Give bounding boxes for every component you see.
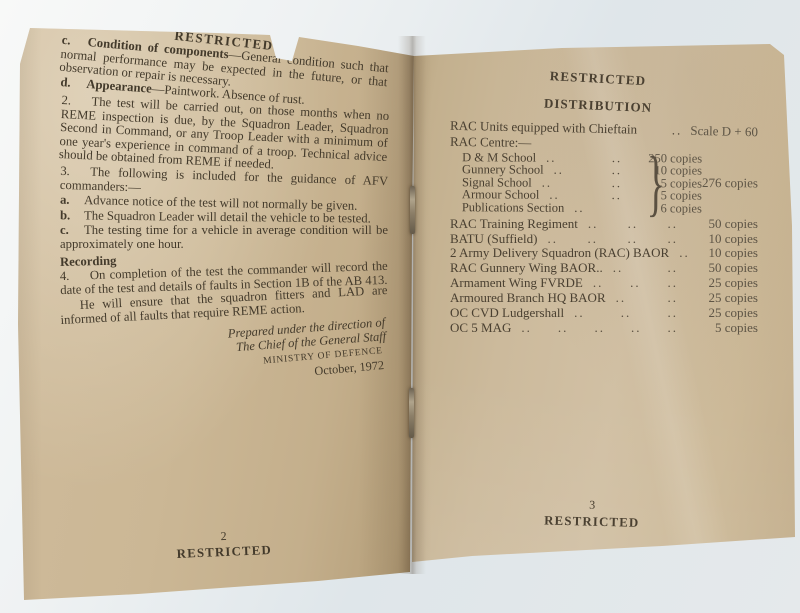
- page-right: RESTRICTED DISTRIBUTION RAC Units equipp…: [412, 26, 798, 574]
- distribution-row: BATU (Suffield).. .. .. ..10 copies: [450, 232, 758, 247]
- page-left-footer: 2 RESTRICTED: [60, 523, 389, 566]
- row-label: Gunnery School: [462, 163, 544, 176]
- row-value: 25 copies: [686, 276, 758, 291]
- page-left: RESTRICTED c.Condition of components—Gen…: [18, 24, 414, 604]
- item-c: c.The testing time for a vehicle in aver…: [60, 224, 388, 251]
- item-label: c.: [60, 224, 84, 238]
- row-value: 5 copies: [686, 321, 758, 336]
- row-label: BATU (Suffield): [450, 232, 538, 247]
- row-value: 50 copies: [686, 261, 758, 276]
- row-label: Armour School: [462, 188, 540, 201]
- dot-leader: .. .. ..: [578, 217, 686, 232]
- row-label: OC 5 MAG: [450, 321, 511, 336]
- distribution-row: 2 Army Delivery Squadron (RAC) BAOR..10 …: [450, 246, 758, 261]
- row-label: RAC Training Regiment: [450, 217, 578, 232]
- row-value: 10 copies: [687, 246, 758, 261]
- dot-leader: .. .. .. ..: [538, 232, 686, 247]
- row-value: 5 copies: [630, 189, 702, 202]
- page-right-footer: 3 RESTRICTED: [438, 494, 747, 533]
- dot-leader: .. .. ..: [583, 276, 686, 291]
- dot-leader: ..: [637, 123, 691, 139]
- row-value: 5 copies: [630, 177, 702, 190]
- distribution-row: Armoured Branch HQ BAOR.. ..25 copies: [450, 291, 758, 306]
- dot-leader: .. ..: [536, 151, 630, 164]
- dot-leader: ..: [669, 246, 687, 261]
- distribution-row: RAC Gunnery Wing BAOR.... ..50 copies: [450, 261, 758, 276]
- staple-top: [410, 186, 415, 234]
- row-value: 10 copies: [686, 232, 758, 247]
- term: Appearance: [86, 77, 152, 96]
- dot-leader: .. ..: [539, 189, 630, 202]
- dot-leader: ..: [564, 201, 630, 214]
- row-value: 10 copies: [630, 164, 702, 177]
- staple-bottom: [409, 388, 414, 438]
- row-value: 25 copies: [686, 306, 758, 321]
- photo-background: RESTRICTED c.Condition of components—Gen…: [0, 0, 800, 613]
- distribution-list: RAC Training Regiment.. .. ..50 copies B…: [450, 217, 758, 336]
- group-total: 276 copies: [702, 176, 758, 191]
- item-label: a.: [60, 194, 84, 208]
- row-label: Armament Wing FVRDE: [450, 276, 583, 291]
- rac-centre-group: D & M School.. ..250 copies Gunnery Scho…: [450, 151, 758, 215]
- dot-leader: .. ..: [532, 176, 630, 189]
- row-label: RAC Gunnery Wing BAOR..: [450, 261, 603, 276]
- row-label: Publications Section: [462, 201, 565, 214]
- group-brace-icon: }: [647, 152, 665, 214]
- row-label: OC CVD Ludgershall: [450, 306, 564, 321]
- dot-leader: .. ..: [606, 291, 686, 306]
- distribution-row: RAC Training Regiment.. .. ..50 copies: [450, 217, 758, 232]
- distribution-row: OC CVD Ludgershall.. .. ..25 copies: [450, 306, 758, 321]
- row-value: 50 copies: [686, 217, 758, 232]
- row-value: 25 copies: [686, 291, 758, 306]
- dot-leader: .. ..: [544, 164, 630, 177]
- row-value: 250 copies: [630, 152, 702, 165]
- dot-leader: .. ..: [603, 261, 686, 276]
- row-label: Armoured Branch HQ BAOR: [450, 291, 606, 306]
- item-text: The testing time for a vehicle in averag…: [60, 223, 388, 251]
- item-label: d.: [60, 76, 87, 91]
- dot-leader: .. .. ..: [564, 306, 686, 321]
- row-value: 6 copies: [630, 201, 702, 214]
- distribution-row: Armament Wing FVRDE.. .. ..25 copies: [450, 276, 758, 291]
- row-label: 2 Army Delivery Squadron (RAC) BAOR: [450, 246, 669, 261]
- classification-header-right: RESTRICTED: [444, 64, 752, 95]
- distribution-title: DISTRIBUTION: [444, 92, 752, 120]
- item-label: b.: [60, 209, 84, 223]
- paragraph-text: The test will be carried out, on those m…: [59, 94, 390, 171]
- dot-leader: .. .. .. .. ..: [511, 321, 686, 336]
- page-left-content: RESTRICTED c.Condition of components—Gen…: [18, 24, 414, 604]
- distribution-row: OC 5 MAG.. .. .. .. ..5 copies: [450, 321, 758, 336]
- page-right-content: RESTRICTED DISTRIBUTION RAC Units equipp…: [412, 26, 798, 574]
